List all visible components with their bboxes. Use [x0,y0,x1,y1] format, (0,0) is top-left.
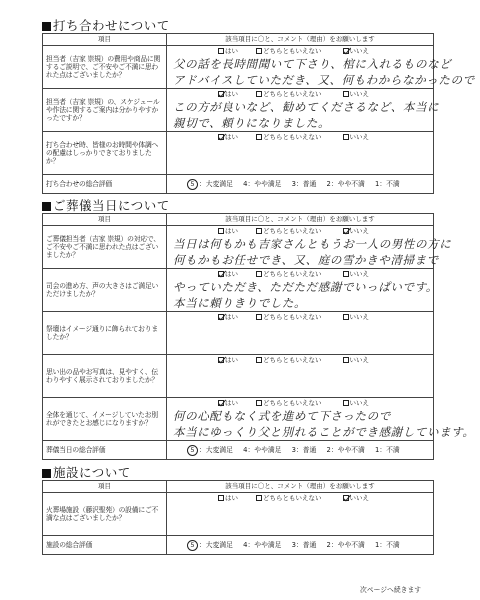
checkbox-icon[interactable] [343,314,349,320]
question-text: ご葬儀担当者（吉家 崇規）の対応で、ご不安やご不満に思われた点はございましたか？ [43,226,167,269]
checkbox-checked-icon[interactable] [218,314,224,320]
checkbox-checked-icon[interactable] [218,400,224,406]
option-label: はい [225,398,238,408]
option-no[interactable]: いいえ [343,89,370,99]
handwritten-comment-line: 当日は何もかも吉家さんともうお一人の男性の方に [167,236,433,252]
header-item: 項目 [43,481,167,493]
section-title-facility: 施設について [42,466,131,480]
rating-option-label: ：大変満足 [199,446,233,454]
handwritten-comment-line: アドバイスしていただき、又、何もわからなかったので [167,72,433,88]
checkbox-icon[interactable] [256,495,262,501]
question-text: 担当者（吉家 崇規）の、スケジュールや作法に関するご案内は分かりやすかったですか… [43,89,167,132]
question-text: 全体を通じて、イメージしていたお別れができたとお感じになりますか？ [43,398,167,441]
square-bullet-icon [42,469,51,478]
option-neutral[interactable]: どちらともいえない [256,398,322,408]
table-row: 担当者（吉家 崇規）の、スケジュールや作法に関するご案内は分かりやすかったですか… [43,89,434,132]
continued-note: 次ページへ続きます [360,584,421,594]
options-group: はい どちらともいえない いいえ [167,226,433,236]
options-group: はい どちらともいえない いいえ [167,312,433,322]
option-label: どちらともいえない [263,493,322,503]
header-answer: 該当項目に〇と、コメント（理由）をお願いします [167,214,434,226]
checkbox-icon[interactable] [343,357,349,363]
question-text: 担当者（吉家 崇規）の費用や商品に関するご説明で、ご不安やご不満に思われた点はご… [43,46,167,89]
option-neutral[interactable]: どちらともいえない [256,89,322,99]
checkbox-icon[interactable] [256,271,262,277]
section-title-meeting: 打ち合わせについて [42,19,170,33]
option-neutral[interactable]: どちらともいえない [256,355,322,365]
option-no[interactable]: いいえ [343,355,370,365]
section-title-text: ご葬儀当日について [53,198,170,213]
checkbox-icon[interactable] [218,48,224,54]
question-text: 司会の進め方、声の大きさはご満足いただけましたか？ [43,269,167,312]
option-label: いいえ [350,226,370,236]
table-header-row: 項目 該当項目に〇と、コメント（理由）をお願いします [43,481,434,493]
option-label: はい [225,89,238,99]
answer-cell: はい どちらともいえない いいえ この方が良いなど、勧めてくださるなど、本当に … [167,89,434,132]
table-row: 思い出の品やお写真は、見やすく、伝わりやすく展示されておりましたか？ はい どち… [43,355,434,398]
rating-label: 葬儀当日の総合評価 [43,441,167,460]
checkbox-checked-icon[interactable] [343,228,349,234]
handwritten-comment-line: 本当にゆっくり父と別れることができ感謝しています。 [167,424,433,440]
checkbox-checked-icon[interactable] [343,48,349,54]
table-row: ご葬儀担当者（吉家 崇規）の対応で、ご不安やご不満に思われた点はございましたか？… [43,226,434,269]
checkbox-icon[interactable] [256,48,262,54]
rating-option-2[interactable]: 2：やや不満 [327,541,365,549]
table-row: 担当者（吉家 崇規）の費用や商品に関するご説明で、ご不安やご不満に思われた点はご… [43,46,434,89]
table-row: 打ち合わせ時、皆様のお時間や体調への配慮はしっかりできておりましたか？ はい ど… [43,132,434,175]
options-group: はい どちらともいえない いいえ [167,398,433,408]
option-label: いいえ [350,132,370,142]
table-row: 祭壇はイメージ通りに飾られておりましたか？ はい どちらともいえない いいえ [43,312,434,355]
rating-option-4[interactable]: 4：やや満足 [243,446,281,454]
rating-option-3[interactable]: 3：普通 [292,446,317,454]
option-no[interactable]: いいえ [343,493,370,503]
rating-option-5[interactable]: 5：大変満足 [187,180,233,188]
option-label: どちらともいえない [263,226,322,236]
option-label: はい [225,132,238,142]
section-title-text: 打ち合わせについて [53,18,170,33]
rating-scale: 5：大変満足 4：やや満足 3：普通 2：やや不満 1：不満 [167,536,434,555]
checkbox-icon[interactable] [343,134,349,140]
checkbox-icon[interactable] [256,357,262,363]
checkbox-checked-icon[interactable] [218,271,224,277]
option-neutral[interactable]: どちらともいえない [256,226,322,236]
rating-scale: 5：大変満足 4：やや満足 3：普通 2：やや不満 1：不満 [167,175,434,194]
rating-option-2[interactable]: 2：やや不満 [327,180,365,188]
options-group: はい どちらともいえない いいえ [167,132,433,142]
rating-option-4[interactable]: 4：やや満足 [243,541,281,549]
checkbox-icon[interactable] [343,400,349,406]
option-no[interactable]: いいえ [343,46,370,56]
header-item: 項目 [43,214,167,226]
meeting-table: 項目 該当項目に〇と、コメント（理由）をお願いします 担当者（吉家 崇規）の費用… [42,33,434,194]
option-label: どちらともいえない [263,46,322,56]
checkbox-icon[interactable] [256,228,262,234]
option-yes[interactable]: はい [218,89,238,99]
option-label: いいえ [350,493,370,503]
options-group: はい どちらともいえない いいえ [167,355,433,365]
checkbox-icon[interactable] [218,495,224,501]
question-text: 火葬場施設（藤沢聖苑）の設備にご不満な点はございましたか？ [43,493,167,536]
table-row: 火葬場施設（藤沢聖苑）の設備にご不満な点はございましたか？ はい どちらともいえ… [43,493,434,536]
option-neutral[interactable]: どちらともいえない [256,493,322,503]
option-yes[interactable]: はい [218,269,238,279]
handwritten-comment-line: 父の話を長時間聞いて下さり、棺に入れるものなど [167,56,433,72]
answer-cell: はい どちらともいえない いいえ 何の心配もなく式を進めて下さったので 本当にゆ… [167,398,434,441]
circled-selection-icon[interactable]: 5 [187,179,198,190]
answer-cell: はい どちらともいえない いいえ [167,493,434,536]
question-text: 打ち合わせ時、皆様のお時間や体調への配慮はしっかりできておりましたか？ [43,132,167,175]
question-text: 祭壇はイメージ通りに飾られておりましたか？ [43,312,167,355]
question-text: 思い出の品やお写真は、見やすく、伝わりやすく展示されておりましたか？ [43,355,167,398]
option-label: はい [225,493,238,503]
rating-option-4[interactable]: 4：やや満足 [243,180,281,188]
answer-cell: はい どちらともいえない いいえ [167,355,434,398]
rating-option-5[interactable]: 5：大変満足 [187,446,233,454]
header-answer: 該当項目に〇と、コメント（理由）をお願いします [167,481,434,493]
rating-label: 打ち合わせの総合評価 [43,175,167,194]
rating-option-3[interactable]: 3：普通 [292,180,317,188]
options-group: はい どちらともいえない いいえ [167,269,433,279]
table-header-row: 項目 該当項目に〇と、コメント（理由）をお願いします [43,34,434,46]
answer-cell: はい どちらともいえない いいえ 当日は何もかも吉家さんともうお一人の男性の方に… [167,226,434,269]
handwritten-comment-line: やっていただき、ただただ感謝でいっぱいです。 [167,279,433,295]
answer-cell: はい どちらともいえない いいえ [167,312,434,355]
rating-scale: 5：大変満足 4：やや満足 3：普通 2：やや不満 1：不満 [167,441,434,460]
option-yes[interactable]: はい [218,493,238,503]
rating-option-1[interactable]: 1：不満 [375,446,400,454]
checkbox-icon[interactable] [256,91,262,97]
rating-row: 打ち合わせの総合評価 5：大変満足 4：やや満足 3：普通 2：やや不満 1：不… [43,175,434,194]
rating-option-1[interactable]: 1：不満 [375,541,400,549]
option-label: どちらともいえない [263,89,322,99]
handwritten-comment-line: 何もかもお任せでき、又、庭の雪かきや清掃まで [167,252,433,268]
rating-option-label: ：大変満足 [199,541,233,549]
option-label: どちらともいえない [263,132,322,142]
option-label: どちらともいえない [263,312,322,322]
option-neutral[interactable]: どちらともいえない [256,269,322,279]
option-label: いいえ [350,398,370,408]
handwritten-comment-line: 本当に頼りきりでした。 [167,295,433,311]
options-group: はい どちらともいえない いいえ [167,493,433,503]
checkbox-icon[interactable] [256,134,262,140]
rating-option-3[interactable]: 3：普通 [292,541,317,549]
circled-selection-icon[interactable]: 5 [187,445,198,456]
section-title-text: 施設について [53,465,131,480]
option-label: はい [225,269,238,279]
checkbox-icon[interactable] [343,91,349,97]
rating-option-2[interactable]: 2：やや不満 [327,446,365,454]
square-bullet-icon [42,22,51,31]
option-yes[interactable]: はい [218,312,238,322]
answer-cell: はい どちらともいえない いいえ 父の話を長時間聞いて下さり、棺に入れるものなど… [167,46,434,89]
header-item: 項目 [43,34,167,46]
option-label: はい [225,226,238,236]
checkbox-checked-icon[interactable] [218,91,224,97]
square-bullet-icon [42,202,51,211]
option-no[interactable]: いいえ [343,269,370,279]
handwritten-comment-line: 何の心配もなく式を進めて下さったので [167,408,433,424]
rating-label: 施設の総合評価 [43,536,167,555]
option-label: いいえ [350,46,370,56]
option-yes[interactable]: はい [218,398,238,408]
checkbox-checked-icon[interactable] [218,134,224,140]
table-row: 全体を通じて、イメージしていたお別れができたとお感じになりますか？ はい どちら… [43,398,434,441]
option-neutral[interactable]: どちらともいえない [256,312,322,322]
option-label: いいえ [350,312,370,322]
checkbox-checked-icon[interactable] [343,495,349,501]
section-title-funeral-day: ご葬儀当日について [42,199,170,213]
checkbox-icon[interactable] [218,228,224,234]
table-row: 司会の進め方、声の大きさはご満足いただけましたか？ はい どちらともいえない い… [43,269,434,312]
handwritten-comment-line: この方が良いなど、勧めてくださるなど、本当に [167,99,433,115]
checkbox-icon[interactable] [256,400,262,406]
answer-cell: はい どちらともいえない いいえ やっていただき、ただただ感謝でいっぱいです。 … [167,269,434,312]
option-yes[interactable]: はい [218,46,238,56]
circled-selection-icon[interactable]: 5 [187,540,198,551]
option-label: いいえ [350,355,370,365]
answer-cell: はい どちらともいえない いいえ [167,132,434,175]
rating-row: 施設の総合評価 5：大変満足 4：やや満足 3：普通 2：やや不満 1：不満 [43,536,434,555]
rating-option-label: ：大変満足 [199,180,233,188]
option-yes[interactable]: はい [218,132,238,142]
rating-option-5[interactable]: 5：大変満足 [187,541,233,549]
option-no[interactable]: いいえ [343,132,370,142]
option-label: いいえ [350,269,370,279]
option-no[interactable]: いいえ [343,226,370,236]
funeral-day-table: 項目 該当項目に〇と、コメント（理由）をお願いします ご葬儀担当者（吉家 崇規）… [42,213,434,460]
option-neutral[interactable]: どちらともいえない [256,46,322,56]
options-group: はい どちらともいえない いいえ [167,46,433,56]
option-neutral[interactable]: どちらともいえない [256,132,322,142]
option-label: いいえ [350,89,370,99]
option-no[interactable]: いいえ [343,312,370,322]
rating-row: 葬儀当日の総合評価 5：大変満足 4：やや満足 3：普通 2：やや不満 1：不満 [43,441,434,460]
rating-option-1[interactable]: 1：不満 [375,180,400,188]
option-label: どちらともいえない [263,269,322,279]
option-no[interactable]: いいえ [343,398,370,408]
options-group: はい どちらともいえない いいえ [167,89,433,99]
option-yes[interactable]: はい [218,226,238,236]
facility-table: 項目 該当項目に〇と、コメント（理由）をお願いします 火葬場施設（藤沢聖苑）の設… [42,480,434,555]
table-header-row: 項目 該当項目に〇と、コメント（理由）をお願いします [43,214,434,226]
option-label: はい [225,355,238,365]
option-label: どちらともいえない [263,355,322,365]
checkbox-icon[interactable] [343,271,349,277]
header-answer: 該当項目に〇と、コメント（理由）をお願いします [167,34,434,46]
checkbox-icon[interactable] [256,314,262,320]
checkbox-checked-icon[interactable] [218,357,224,363]
handwritten-comment-line: 親切で、頼りになりました。 [167,115,433,131]
option-label: はい [225,46,238,56]
option-label: はい [225,312,238,322]
option-label: どちらともいえない [263,398,322,408]
option-yes[interactable]: はい [218,355,238,365]
